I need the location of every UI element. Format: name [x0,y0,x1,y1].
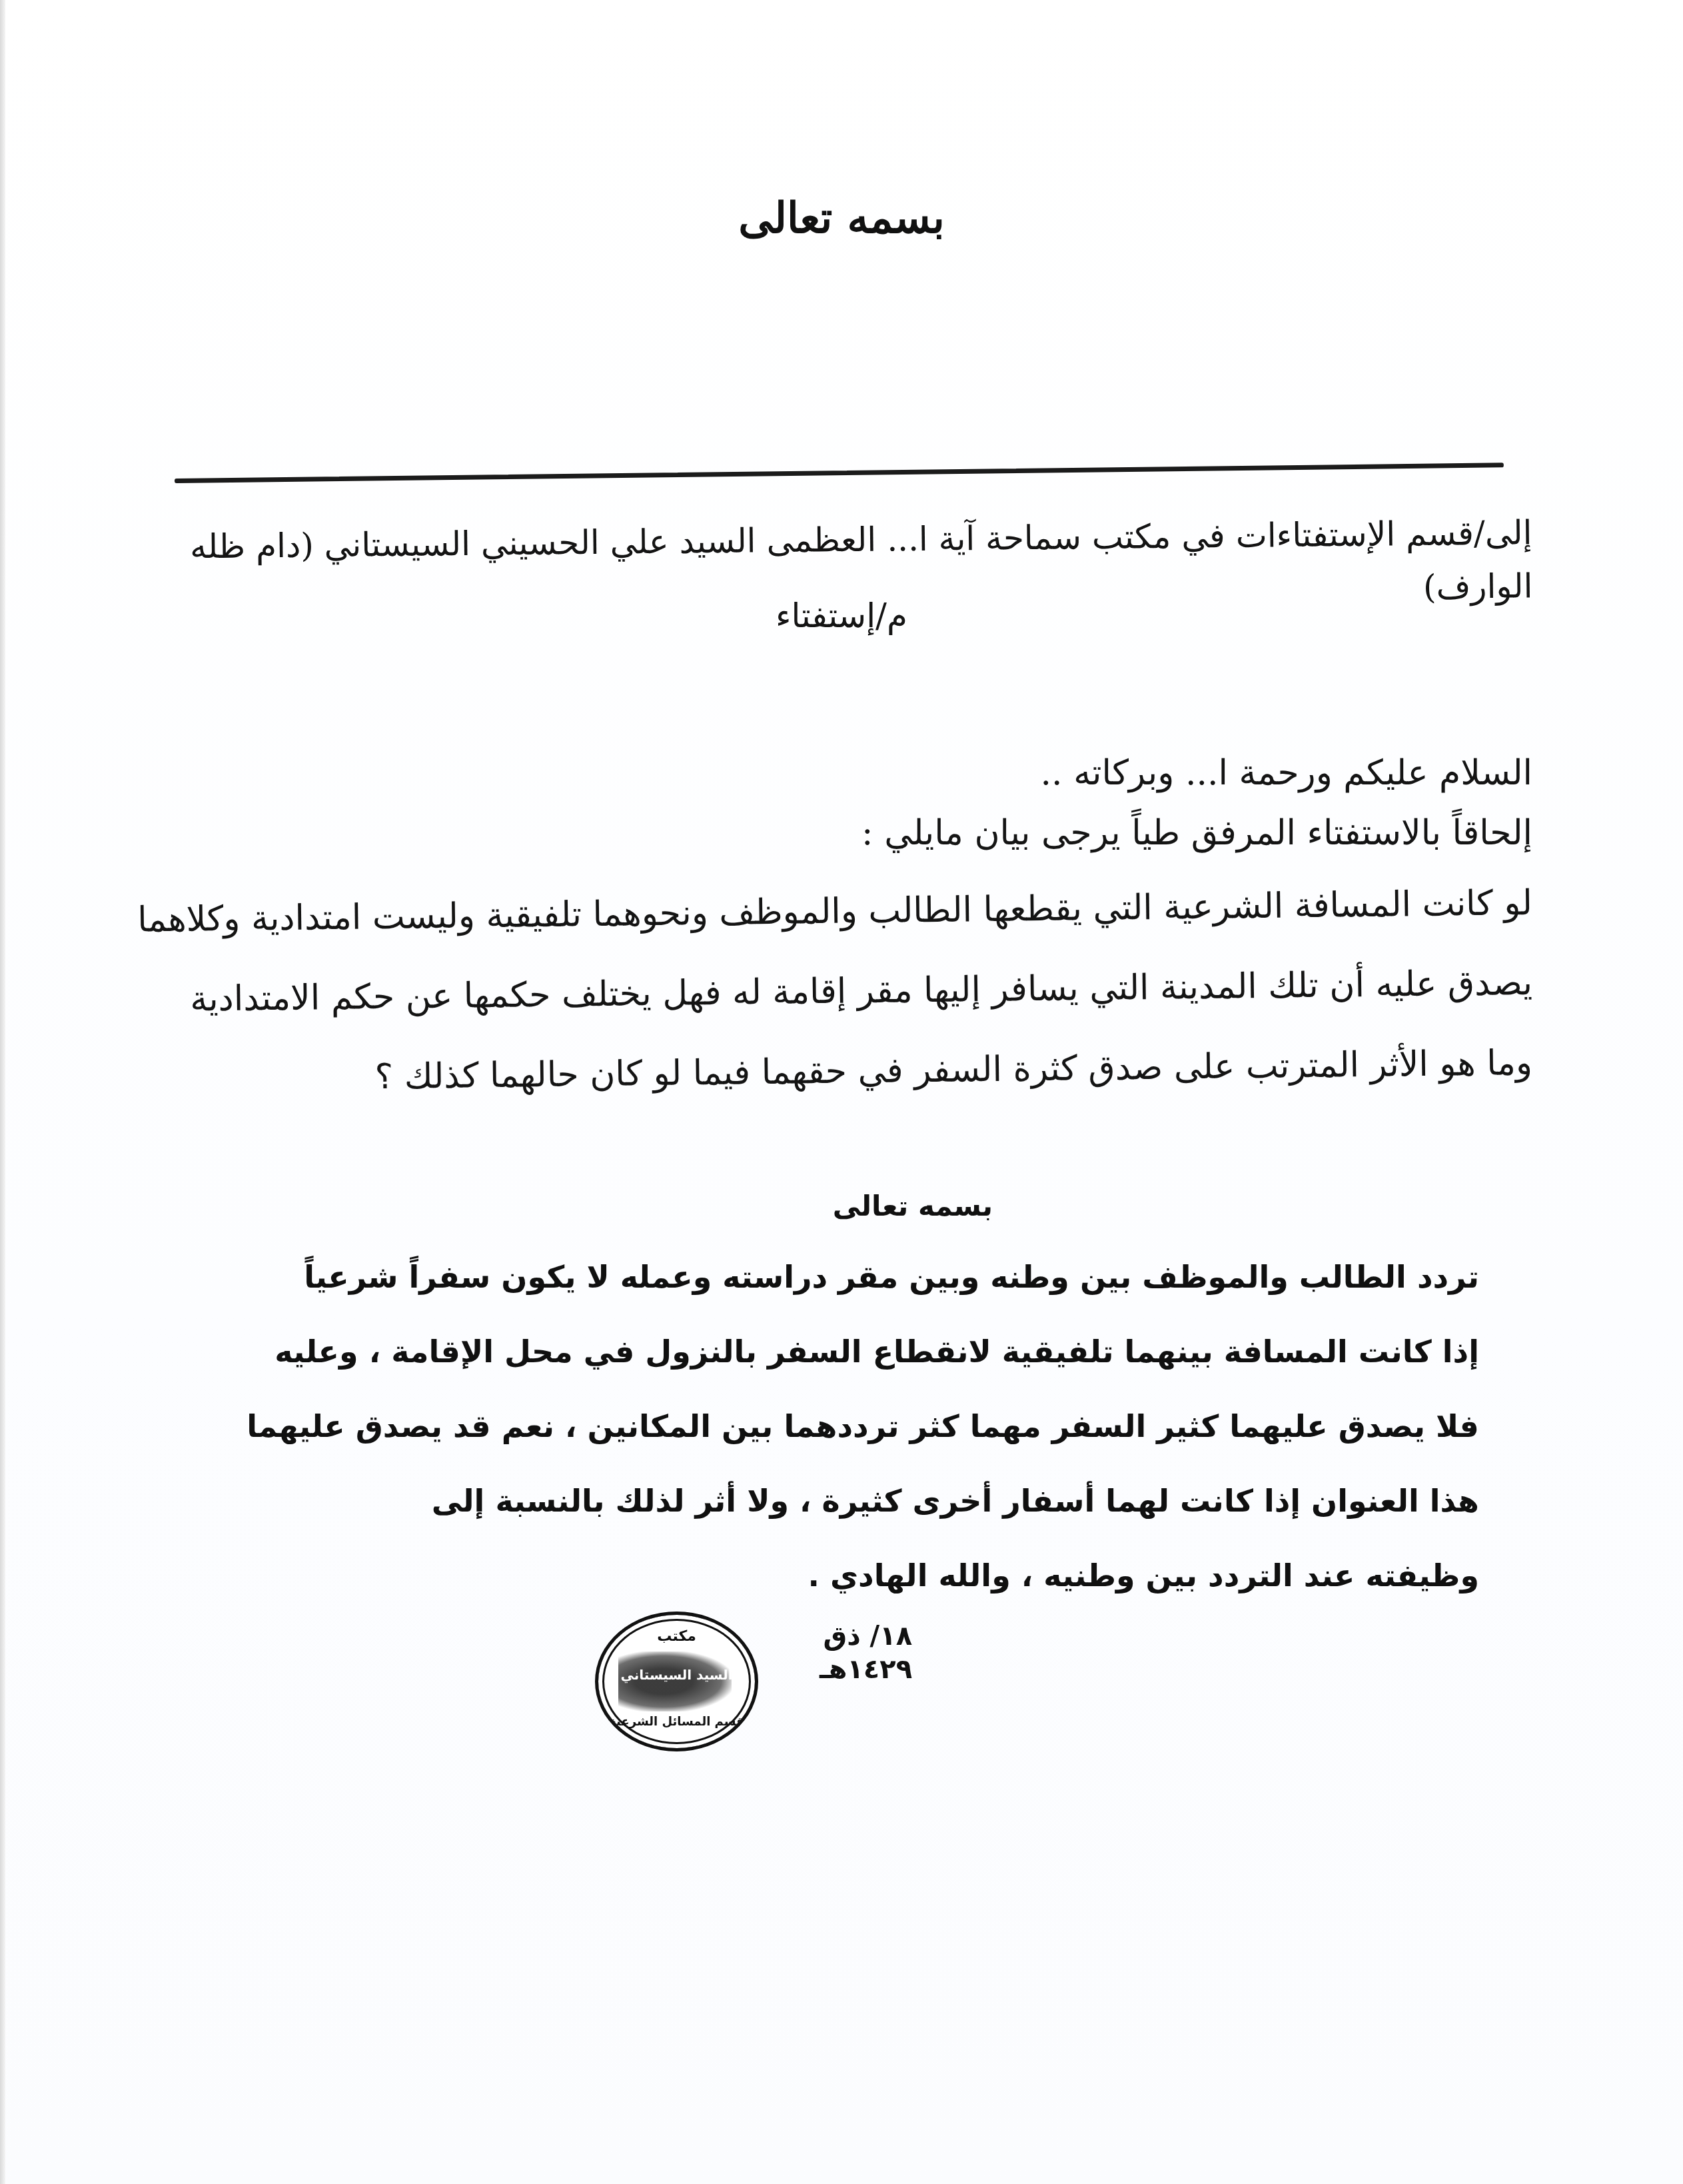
date-year: ١٤٢٩هـ [820,1653,912,1686]
page-heading: بسمه تعالى [0,193,1683,243]
date-day-month: ١٨/ ذق [820,1620,912,1653]
intro-line: إلحاقاً بالاستفتاء المرفق طياً يرجى بيان… [153,803,1532,863]
answer-title: بسمه تعالى [426,1173,1479,1240]
seal-bottom-text: قسم المسائل الشرعية [605,1715,748,1729]
answer-section: بسمه تعالى تردد الطالب والموظف بين وطنه … [426,1173,1479,1613]
horizontal-divider [175,463,1504,483]
answer-line: تردد الطالب والموظف بين وطنه وبين مقر در… [426,1240,1479,1314]
seal-center-text: السيد السيستاني [605,1667,748,1683]
answer-line: هذا العنوان إذا كانت لهما أسفار أخرى كثي… [426,1464,1479,1538]
seal-top-text: مكتب [605,1628,748,1645]
answer-line: إذا كانت المسافة بينهما تلفيقية لانقطاع … [426,1314,1479,1389]
hijri-date: ١٨/ ذق ١٤٢٩هـ [820,1620,912,1686]
subject-line: م/إستفتاء [0,596,1683,635]
answer-line: فلا يصدق عليهما كثير السفر مهما كثر تردد… [426,1389,1479,1464]
scanned-page: بسمه تعالى إلى/قسم الإستفتاءات في مكتب س… [0,0,1683,2184]
question-line: وما هو الأثر المترتب على صدق كثرة السفر … [153,1023,1532,1120]
greeting-line: السلام عليكم ورحمة ا... وبركاته .. [153,743,1532,803]
scan-edge-shadow [0,0,5,2184]
answer-line: وظيفته عند التردد بين وطنيه ، والله الها… [426,1538,1479,1613]
official-seal-stamp: مكتب السيد السيستاني قسم المسائل الشرعية [595,1612,758,1751]
question-section: السلام عليكم ورحمة ا... وبركاته .. إلحاق… [153,743,1532,1103]
